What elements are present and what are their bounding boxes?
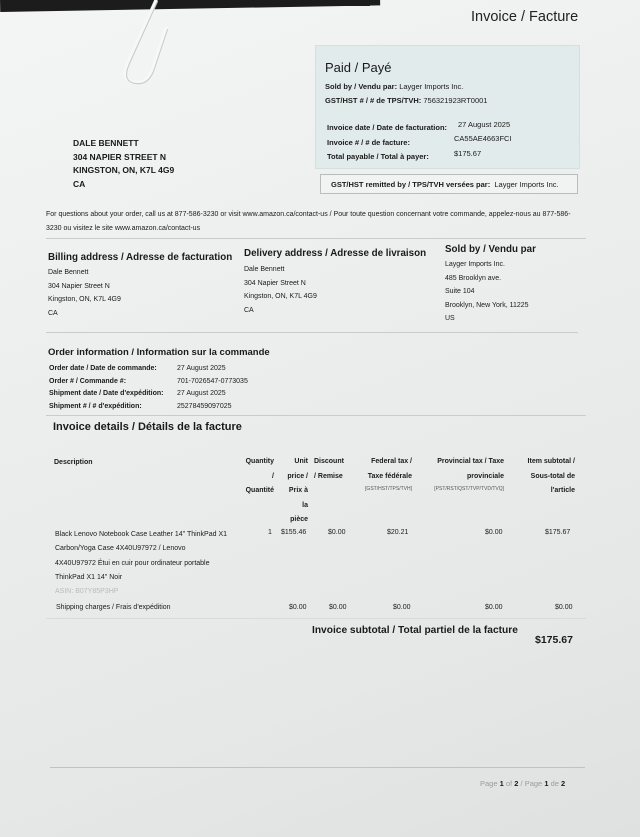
billing-line: Kingston, ON, K7L 4G9 [48,293,121,307]
footer-divider [50,767,585,768]
item-discount: $0.00 [328,529,346,536]
shipping-provincial-tax: $0.00 [485,604,503,611]
shipping-discount: $0.00 [329,604,347,611]
gst-label: GST/HST # / # de TPS/TVH: [325,96,421,105]
order-info-label: Shipment # / # d'expédition: [49,401,177,414]
pager-current: 1 [500,779,504,788]
order-info-label: Shipment date / Date d'expédition: [49,388,177,401]
page-indicator: Page 1 of 2 / Page 1 de 2 [480,779,565,788]
order-info-heading: Order information / Information sur la c… [48,347,270,358]
order-info-value: 27 August 2025 [177,388,226,401]
paid-title: Paid / Payé [325,60,392,75]
invoice-subtotal-label: Invoice subtotal / Total partiel de la f… [312,621,522,640]
col-quantity: Quantity / Quantité [240,455,274,499]
delivery-line: Kingston, ON, K7L 4G9 [244,290,317,304]
gst-remitted-box: GST/HST remitted by / TPS/TVH versées pa… [320,174,578,194]
remitted-value: Layger Imports Inc. [494,180,558,189]
col-quantity-line: Quantity [240,455,274,470]
sold-by-value: Layger Imports Inc. [399,82,463,91]
gst-value: 756321923RT0001 [423,96,487,105]
total-payable-label-text: Total payable / Total à payer: [327,152,429,161]
divider [46,332,578,333]
col-provincial-tax-line: Provincial tax / Taxe [418,455,504,470]
remitted-label: GST/HST remitted by / TPS/TVH versées pa… [331,180,490,189]
contact-notice: For questions about your order, call us … [46,208,586,236]
recipient-line: KINGSTON, ON, K7L 4G9 [73,164,174,178]
item-provincial-tax: $0.00 [485,529,503,536]
delivery-line: CA [244,304,317,318]
item-federal-tax: $20.21 [387,529,408,536]
seller-address: Layger Imports Inc. 485 Brooklyn ave. Su… [445,258,529,326]
col-unit-price-line: la [280,499,308,514]
invoice-number-label: Invoice # / # de facture: [327,138,410,147]
col-federal-tax: Federal tax / Taxe fédérale [GST/HST/TPS… [350,455,412,494]
recipient-line: CA [73,178,174,192]
col-item-subtotal-line: Item subtotal / [512,455,575,470]
col-federal-tax-line: Federal tax / [350,455,412,470]
item-unit-price: $155.46 [281,529,306,536]
item-quantity: 1 [268,529,272,536]
billing-line: CA [48,307,121,321]
billing-line: Dale Bennett [48,266,121,280]
col-unit-price: Unit price / Prix à la pièce [280,455,308,528]
document-title: Invoice / Facture [471,9,578,25]
col-discount: Discount / Remise [314,455,344,484]
col-provincial-tax-sub: [PST/RST/QST/TVP/TVD/TVQ] [418,484,504,494]
delivery-heading: Delivery address / Adresse de livraison [244,248,426,259]
col-unit-price-line: pièce [280,513,308,528]
delivery-address: Dale Bennett 304 Napier Street N Kingsto… [244,263,317,317]
col-quantity-line: / [240,470,274,485]
col-federal-tax-sub: [GST/HST/TPS/TVH] [350,484,412,494]
pager-text: of [506,779,512,788]
col-unit-price-line: Prix à [280,484,308,499]
pager-text: de [551,779,559,788]
billing-address: Dale Bennett 304 Napier Street N Kingsto… [48,266,121,320]
order-info-table: Order date / Date de commande:27 August … [49,363,248,413]
sold-by-row: Sold by / Vendu par: Layger Imports Inc. [325,82,463,91]
description-line: 4X40U97972 Étui en cuir pour ordinateur … [55,557,227,571]
invoice-details-heading: Invoice details / Détails de la facture [53,421,242,433]
pager-total: 2 [514,779,518,788]
pager-separator: / [521,779,523,788]
order-info-row: Order date / Date de commande:27 August … [49,363,248,376]
recipient-address: DALE BENNETT 304 NAPIER STREET N KINGSTO… [73,137,174,191]
invoice-number-value: CA55AE4663FCI [454,134,512,143]
divider [46,618,586,619]
order-info-row: Shipment date / Date d'expédition:27 Aug… [49,388,248,401]
delivery-line: Dale Bennett [244,263,317,277]
invoice-subtotal-value: $175.67 [535,634,573,646]
recipient-line: 304 NAPIER STREET N [73,151,174,165]
invoice-number-label-text: Invoice # / # de facture: [327,138,410,147]
shipping-item-subtotal: $0.00 [555,604,573,611]
order-info-label: Order date / Date de commande: [49,363,177,376]
order-info-value: 701-7026547-0773035 [177,376,248,389]
col-item-subtotal: Item subtotal / Sous-total de l'article [512,455,575,499]
delivery-line: 304 Napier Street N [244,277,317,291]
total-payable-label: Total payable / Total à payer: [327,152,429,161]
pager-total: 2 [561,779,565,788]
col-discount-line: / Remise [314,470,344,485]
invoice-date-value: 27 August 2025 [458,120,510,129]
col-description: Description [54,456,93,471]
seller-line: US [445,312,529,326]
seller-heading: Sold by / Vendu par [445,244,536,255]
paperclip-icon [118,0,188,90]
order-info-value: 27 August 2025 [177,363,226,376]
col-unit-price-line: Unit [280,455,308,470]
billing-line: 304 Napier Street N [48,280,121,294]
paid-summary-box: Paid / Payé Sold by / Vendu par: Layger … [315,45,580,169]
shipping-label: Shipping charges / Frais d'expédition [56,604,171,611]
col-quantity-line: Quantité [240,484,274,499]
col-item-subtotal-line: Sous-total de [512,470,575,485]
pager-text: Page [525,779,543,788]
total-payable-value: $175.67 [454,149,481,158]
description-line: ThinkPad X1 14" Noir [55,571,227,585]
description-line: Carbon/Yoga Case 4X40U97972 / Lenovo [55,542,227,556]
billing-heading: Billing address / Adresse de facturation [48,252,232,263]
item-subtotal: $175.67 [545,529,570,536]
order-info-row: Shipment # / # d'expédition:252784590970… [49,401,248,414]
pager-text: Page [480,779,498,788]
col-provincial-tax-line: provinciale [418,470,504,485]
pager-current: 1 [544,779,548,788]
seller-line: Brooklyn, New York, 11225 [445,299,529,313]
col-item-subtotal-line: l'article [512,484,575,499]
sold-by-label: Sold by / Vendu par: [325,82,397,91]
divider [46,415,586,416]
seller-line: Layger Imports Inc. [445,258,529,272]
order-info-value: 25278459097025 [177,401,232,414]
shipping-federal-tax: $0.00 [393,604,411,611]
gst-row: GST/HST # / # de TPS/TVH: 756321923RT000… [325,96,487,105]
col-federal-tax-line: Taxe fédérale [350,470,412,485]
order-info-row: Order # / Commande #:701-7026547-0773035 [49,376,248,389]
invoice-date-label: Invoice date / Date de facturation: [327,123,447,132]
recipient-line: DALE BENNETT [73,137,174,151]
shipping-unit-price: $0.00 [289,604,307,611]
seller-line: 485 Brooklyn ave. [445,272,529,286]
description-line: Black Lenovo Notebook Case Leather 14" T… [55,528,227,542]
asin: ASIN: B07Y85P3HP [55,585,227,599]
seller-line: Suite 104 [445,285,529,299]
col-discount-line: Discount [314,455,344,470]
line-item-description: Black Lenovo Notebook Case Leather 14" T… [55,528,227,599]
invoice-date-row: Invoice date / Date de facturation: [327,123,447,132]
col-unit-price-line: price / [280,470,308,485]
divider [46,238,586,239]
order-info-label: Order # / Commande #: [49,376,177,389]
col-provincial-tax: Provincial tax / Taxe provinciale [PST/R… [418,455,504,494]
